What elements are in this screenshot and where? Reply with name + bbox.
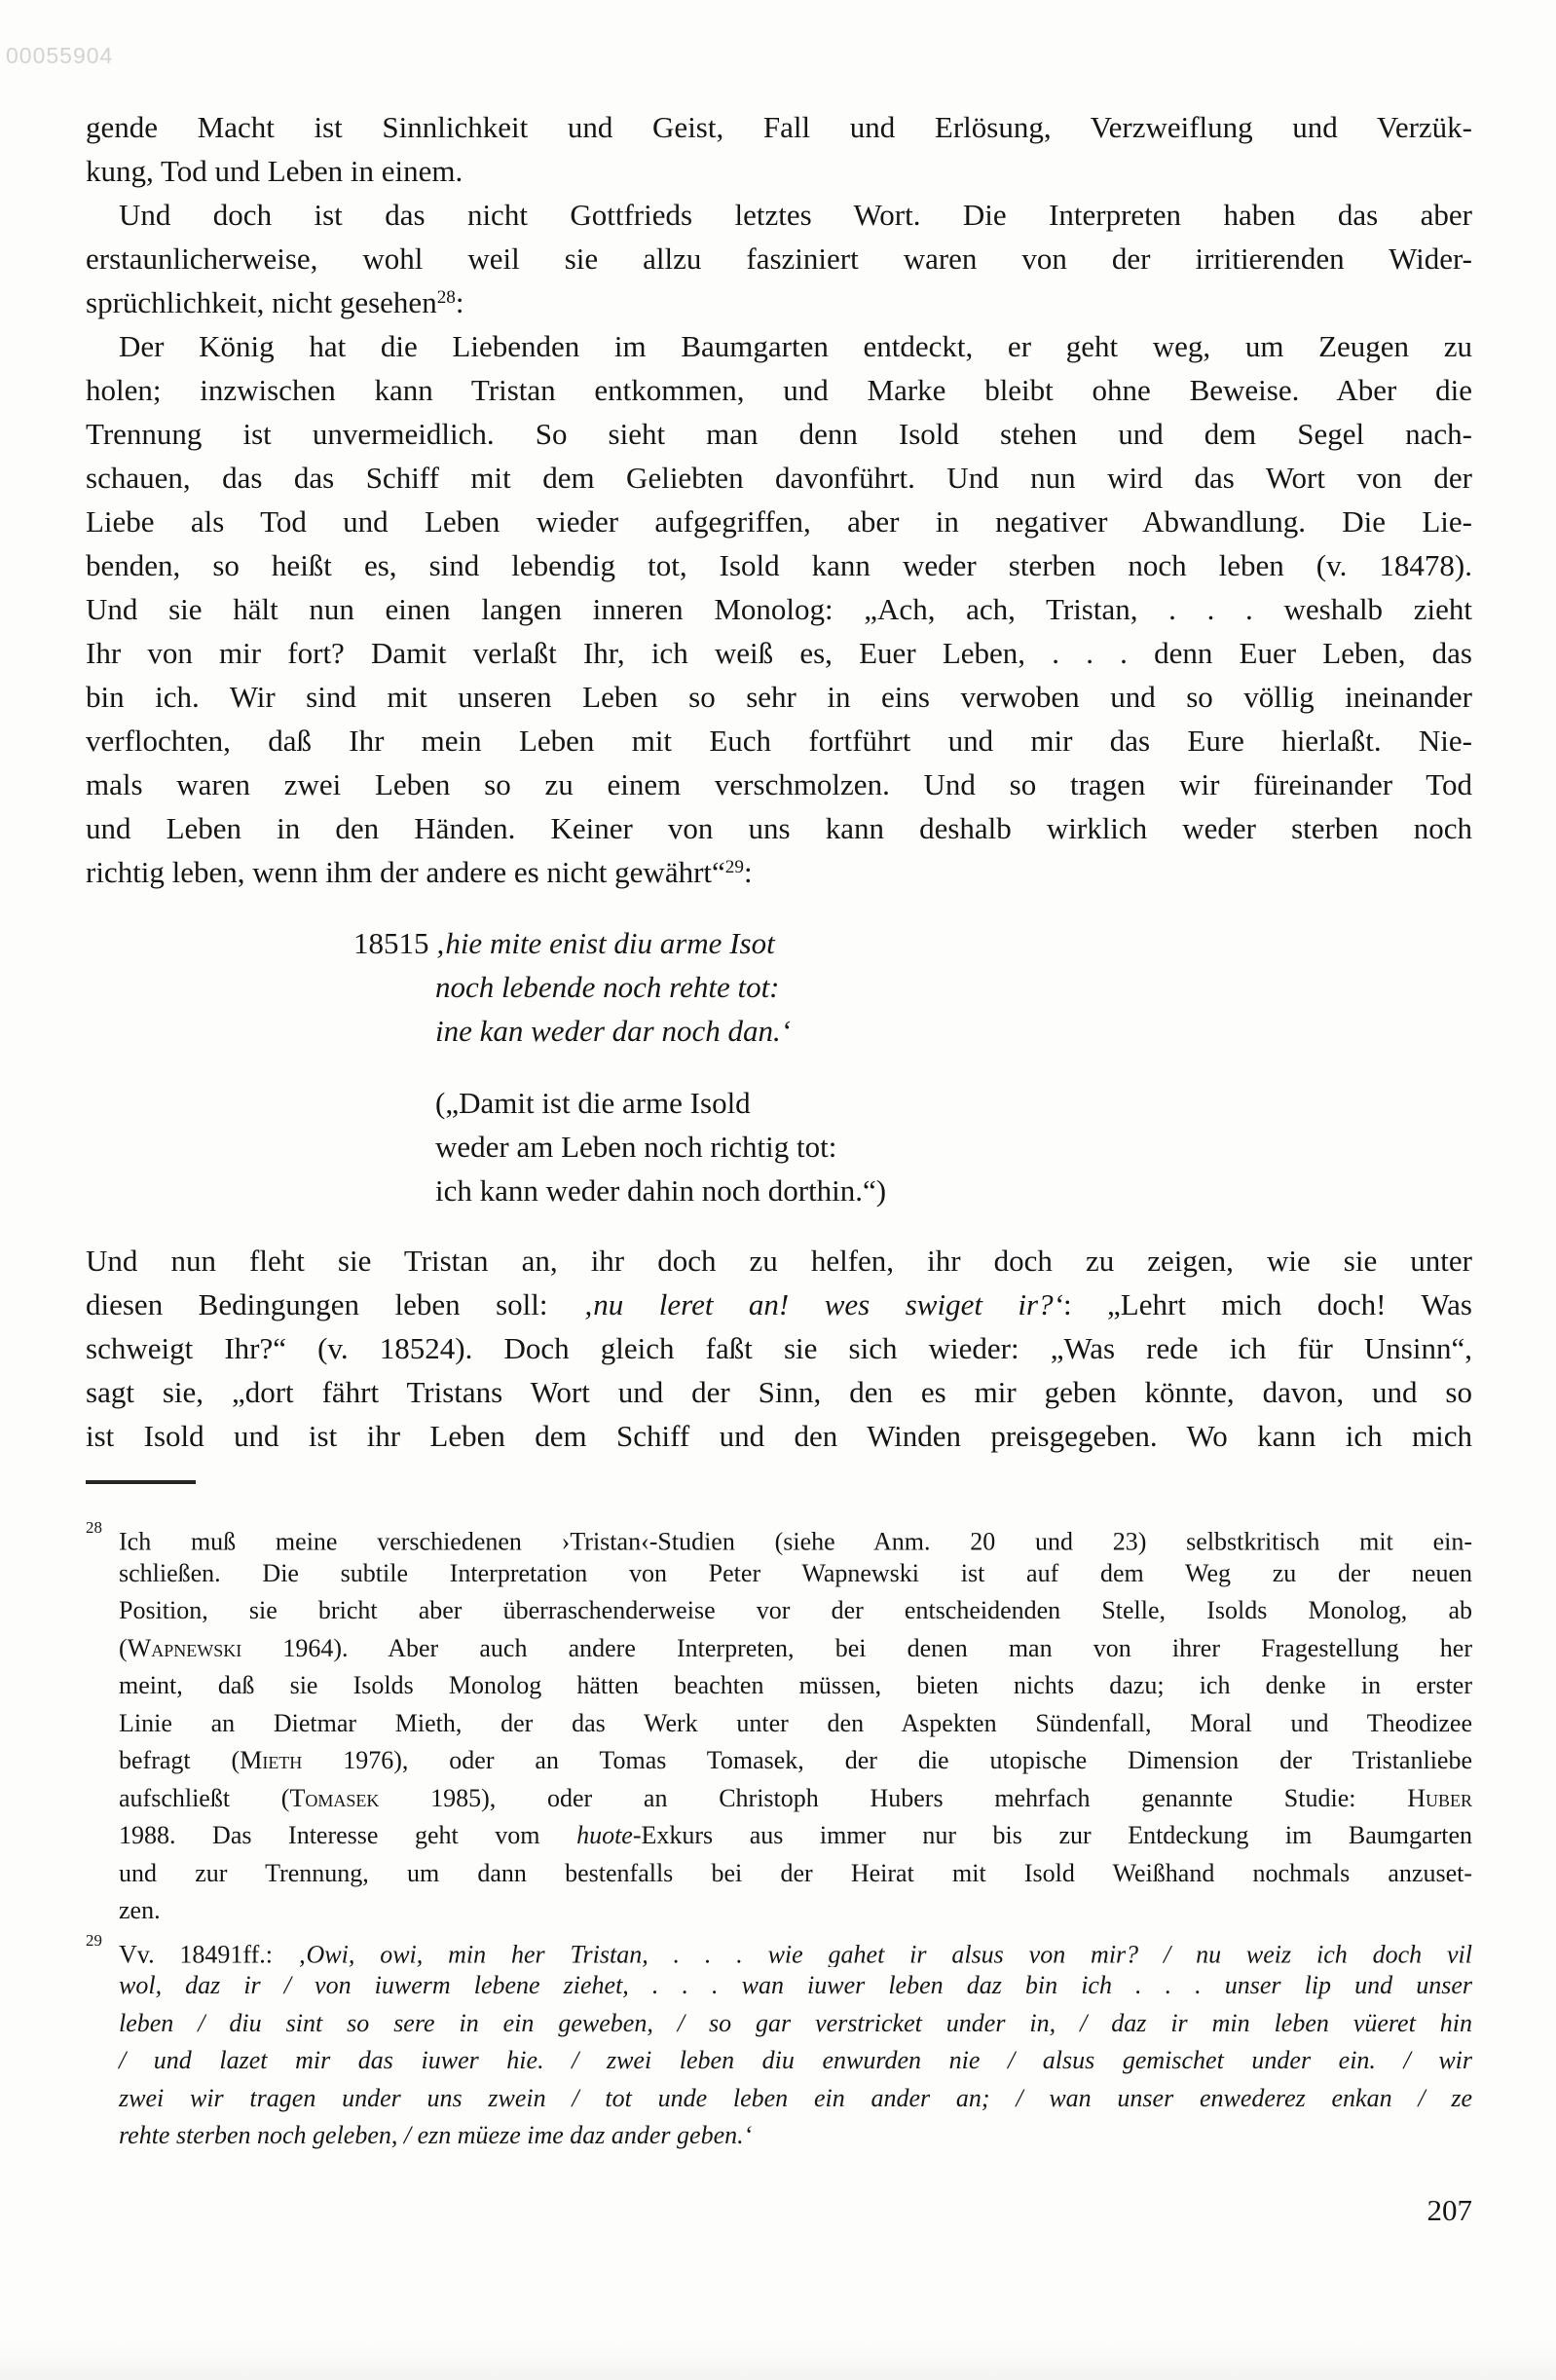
verse-line: ine kan weder dar noch dan.‘ — [353, 1009, 791, 1053]
text-line: richtig leben, wenn ihm der andere es ni… — [86, 850, 1472, 894]
verse-number: 18515 — [353, 921, 435, 965]
footnote-line: / und lazet mir das iuwer hie. / zwei le… — [86, 2042, 1472, 2080]
translation-line: („Damit ist die arme Isold — [435, 1081, 886, 1125]
footnote-line: rehte sterben noch geleben, / ezn müeze … — [86, 2117, 1472, 2155]
text-line: Ihr von mir fort? Damit verlaßt Ihr, ich… — [86, 631, 1472, 675]
footnote-29: 29Vv. 18491ff.: ‚Owi, owi, min her Trist… — [86, 1930, 1472, 2155]
footnote-line: zwei wir tragen under uns zwein / tot un… — [86, 2080, 1472, 2118]
verse-line: 18515‚hie mite enist diu arme Isot — [353, 921, 791, 965]
footnote-line: 1988. Das Interesse geht vom huote-Exkur… — [86, 1817, 1472, 1855]
text-line: erstaunlicherweise, wohl weil sie allzu … — [86, 237, 1472, 280]
footnote-line: wol, daz ir / von iuwerm lebene ziehet, … — [86, 1967, 1472, 2005]
footnote-line: Linie an Dietmar Mieth, der das Werk unt… — [86, 1705, 1472, 1743]
text-line: Der König hat die Liebenden im Baumgarte… — [86, 324, 1472, 368]
page-number: 207 — [1427, 2193, 1473, 2228]
footnotes-block: 28Ich muß meine verschiedenen ›Tristan‹-… — [86, 1517, 1472, 2155]
text-line: schauen, das das Schiff mit dem Geliebte… — [86, 456, 1472, 500]
translation-line: weder am Leben noch richtig tot: — [435, 1125, 886, 1169]
verse-text: ‚hie mite enist diu arme Isot — [435, 926, 775, 960]
text-line: sprüchlichkeit, nicht gesehen28: — [86, 280, 1472, 324]
verse-line: noch lebende noch rehte tot: — [353, 965, 791, 1009]
main-text-block: gende Macht ist Sinnlichkeit und Geist, … — [86, 105, 1472, 894]
text-line: sagt sie, „dort fährt Tristans Wort und … — [86, 1370, 1472, 1414]
footnote-line: schließen. Die subtile Interpretation vo… — [86, 1555, 1472, 1593]
text-line: ist Isold und ist ihr Leben dem Schiff u… — [86, 1414, 1472, 1458]
text-line: holen; inzwischen kann Tristan entkommen… — [86, 368, 1472, 412]
text-line: kung, Tod und Leben in einem. — [86, 149, 1472, 193]
footnote-line: aufschließt (Tomasek 1985), oder an Chri… — [86, 1780, 1472, 1818]
text-line: Liebe als Tod und Leben wieder aufgegrif… — [86, 500, 1472, 543]
text-line: gende Macht ist Sinnlichkeit und Geist, … — [86, 105, 1472, 149]
verse-translation-block: („Damit ist die arme Isold weder am Lebe… — [435, 1081, 886, 1212]
text-line: mals waren zwei Leben so zu einem versch… — [86, 762, 1472, 806]
text-line: bin ich. Wir sind mit unseren Leben so s… — [86, 675, 1472, 719]
footnote-line: leben / diu sint so sere in ein geweben,… — [86, 2005, 1472, 2043]
text-line: schweigt Ihr?“ (v. 18524). Doch gleich f… — [86, 1326, 1472, 1370]
footnote-line: befragt (Mieth 1976), oder an Tomas Toma… — [86, 1742, 1472, 1780]
text-line: Und sie hält nun einen langen inneren Mo… — [86, 587, 1472, 631]
text-line: Und nun fleht sie Tristan an, ihr doch z… — [86, 1239, 1472, 1283]
footnote-line: 28Ich muß meine verschiedenen ›Tristan‹-… — [86, 1517, 1472, 1555]
closing-paragraph: Und nun fleht sie Tristan an, ihr doch z… — [86, 1239, 1472, 1458]
footnote-marker: 28 — [86, 1517, 119, 1547]
verse-quote-block: 18515‚hie mite enist diu arme Isot noch … — [353, 921, 791, 1053]
footnote-line: zen. — [86, 1892, 1472, 1930]
text-line: Und doch ist das nicht Gottfrieds letzte… — [86, 193, 1472, 237]
scanned-book-page: 00055904 gende Macht ist Sinnlichkeit un… — [0, 0, 1556, 2380]
footnote-marker: 29 — [86, 1930, 119, 1960]
footnote-28: 28Ich muß meine verschiedenen ›Tristan‹-… — [86, 1517, 1472, 1930]
text-line: Trennung ist unvermeidlich. So sieht man… — [86, 412, 1472, 456]
scan-artifact — [0, 2341, 1556, 2380]
text-line: verflochten, daß Ihr mein Leben mit Euch… — [86, 719, 1472, 762]
scan-stamp-number: 00055904 — [6, 43, 113, 69]
footnote-line: und zur Trennung, um dann bestenfalls be… — [86, 1855, 1472, 1893]
text-line: und Leben in den Händen. Keiner von uns … — [86, 806, 1472, 850]
text-line: benden, so heißt es, sind lebendig tot, … — [86, 543, 1472, 587]
text-line: diesen Bedingungen leben soll: ‚nu leret… — [86, 1283, 1472, 1326]
footnote-line: meint, daß sie Isolds Monolog hätten bea… — [86, 1667, 1472, 1705]
footnote-separator-rule — [86, 1480, 196, 1484]
footnote-line: Position, sie bricht aber überraschender… — [86, 1592, 1472, 1630]
translation-line: ich kann weder dahin noch dorthin.“) — [435, 1169, 886, 1212]
footnote-line: (Wapnewski 1964). Aber auch andere Inter… — [86, 1630, 1472, 1668]
footnote-line: 29Vv. 18491ff.: ‚Owi, owi, min her Trist… — [86, 1930, 1472, 1968]
